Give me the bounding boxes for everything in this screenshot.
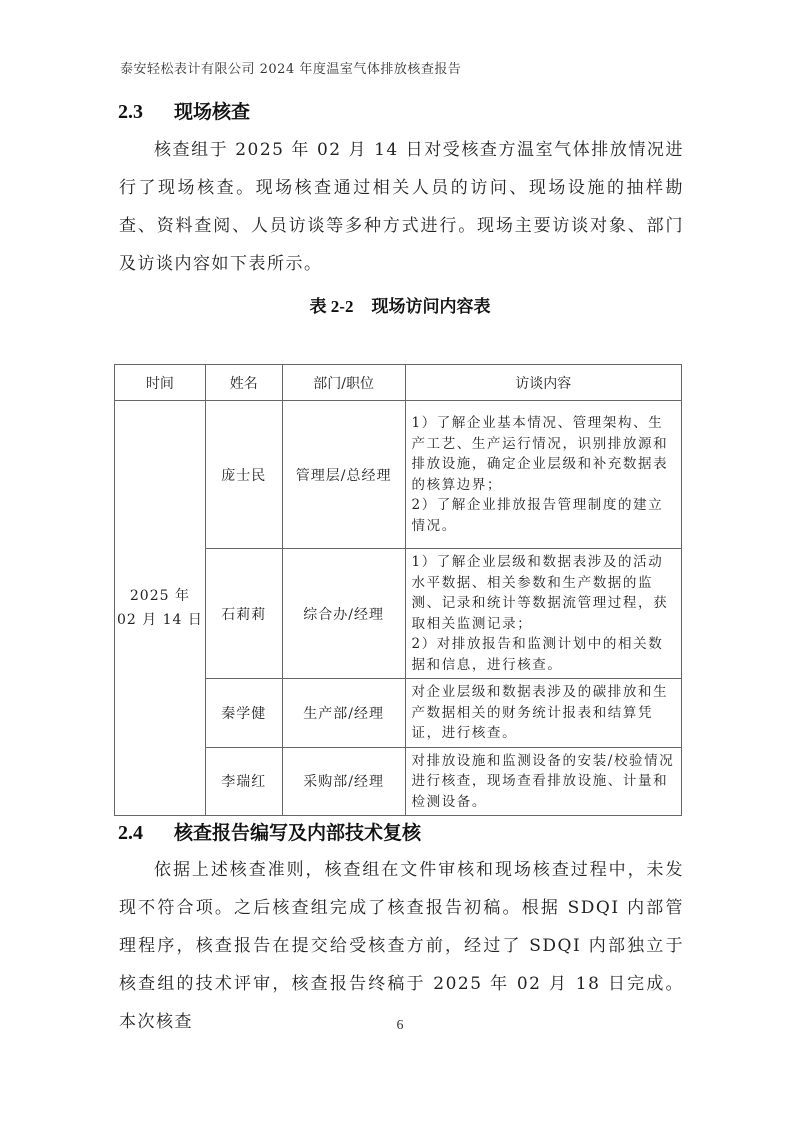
content-line: 1）了解企业层级和数据表涉及的活动水平数据、相关参数和生产数据的监测、记录和统计… [412, 552, 678, 634]
table-row: 2025 年 02 月 14 日 庞士民 管理层/总经理 1）了解企业基本情况、… [115, 401, 682, 549]
name-cell: 石莉莉 [205, 549, 282, 679]
section-number: 2.3 [118, 101, 174, 124]
header-name: 姓名 [205, 365, 282, 401]
header-department: 部门/职位 [282, 365, 405, 401]
name-cell: 李瑞红 [205, 747, 282, 816]
section-2-3-paragraph: 核查组于 2025 年 02 月 14 日对受核查方温室气体排放情况进行了现场核… [119, 131, 684, 283]
name-cell: 秦学健 [205, 679, 282, 748]
content-cell: 对排放设施和监测设备的安装/校验情况进行核查，现场查看排放设施、计量和检测设备。 [405, 747, 682, 816]
date-year: 2025 年 [115, 584, 205, 608]
table-caption-title: 现场访问内容表 [371, 297, 490, 317]
header-content: 访谈内容 [405, 365, 682, 401]
date-cell: 2025 年 02 月 14 日 [115, 401, 206, 816]
section-title: 核查报告编写及内部技术复核 [174, 822, 421, 844]
header-time: 时间 [115, 365, 206, 401]
section-heading-2-3: 2.3现场核查 [118, 97, 250, 124]
name-cell: 庞士民 [205, 401, 282, 549]
section-title: 现场核查 [174, 101, 250, 123]
department-cell: 生产部/经理 [282, 679, 405, 748]
table-header-row: 时间 姓名 部门/职位 访谈内容 [115, 365, 682, 401]
content-cell: 1）了解企业层级和数据表涉及的活动水平数据、相关参数和生产数据的监测、记录和统计… [405, 549, 682, 679]
content-cell: 对企业层级和数据表涉及的碳排放和生产数据相关的财务统计报表和结算凭证，进行核查。 [405, 679, 682, 748]
date-month-day: 02 月 14 日 [115, 608, 205, 632]
page-number: 6 [0, 1018, 800, 1034]
table-caption-number: 表 2-2 [310, 297, 354, 316]
content-cell: 1）了解企业基本情况、管理架构、生产工艺、生产运行情况，识别排放源和排放设施，确… [405, 401, 682, 549]
content-line: 2）了解企业排放报告管理制度的建立情况。 [412, 495, 678, 536]
section-heading-2-4: 2.4核查报告编写及内部技术复核 [118, 818, 421, 845]
content-line: 对排放设施和监测设备的安装/校验情况进行核查，现场查看排放设施、计量和检测设备。 [412, 751, 678, 813]
running-header: 泰安轻松表计有限公司 2024 年度温室气体排放核查报告 [120, 58, 461, 77]
department-cell: 采购部/经理 [282, 747, 405, 816]
department-cell: 综合办/经理 [282, 549, 405, 679]
table-caption: 表 2-2现场访问内容表 [0, 292, 800, 317]
content-line: 2）对排放报告和监测计划中的相关数据和信息，进行核查。 [412, 634, 678, 675]
content-line: 对企业层级和数据表涉及的碳排放和生产数据相关的财务统计报表和结算凭证，进行核查。 [412, 682, 678, 744]
section-number: 2.4 [118, 822, 174, 845]
content-line: 1）了解企业基本情况、管理架构、生产工艺、生产运行情况，识别排放源和排放设施，确… [412, 413, 678, 495]
interview-table: 时间 姓名 部门/职位 访谈内容 2025 年 02 月 14 日 庞士民 管理… [114, 364, 682, 816]
department-cell: 管理层/总经理 [282, 401, 405, 549]
section-2-4-paragraph: 依据上述核查准则，核查组在文件审核和现场核查过程中，未发现不符合项。之后核查组完… [119, 851, 684, 1041]
